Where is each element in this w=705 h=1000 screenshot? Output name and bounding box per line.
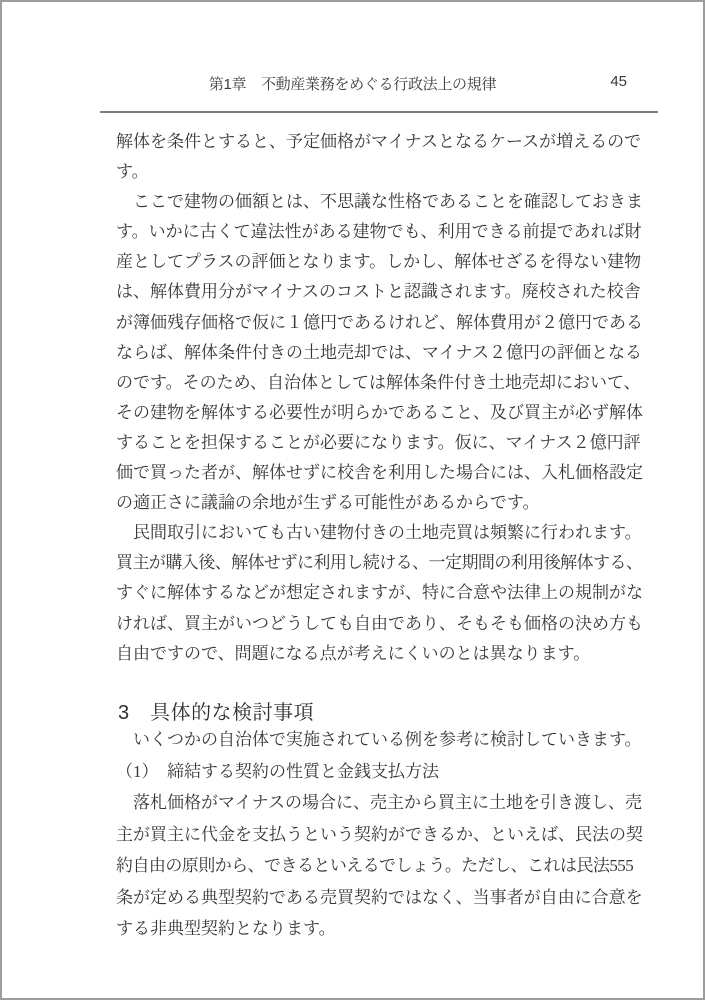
body-text-line: す。いかに古くて違法性がある建物でも、利用できる前提であれば財	[116, 217, 648, 247]
header-rule	[100, 111, 658, 113]
section-text-line: する非典型契約となります。	[116, 913, 648, 945]
body-text-block: 解体を条件とすると、予定価格がマイナスとなるケースが増えるので す。 ここで建物…	[116, 127, 648, 669]
section-text-line: 落札価格がマイナスの場合に、売主から買主に土地を引き渡し、売	[116, 787, 648, 819]
body-text-line: 解体を条件とすると、予定価格がマイナスとなるケースが増えるので	[116, 127, 648, 157]
body-text-line: 自由ですので、問題になる点が考えにくいのとは異なります。	[116, 639, 648, 669]
body-text-line: す。	[116, 157, 648, 187]
section-text-line: 条が定める典型契約である売買契約ではなく、当事者が自由に合意を	[116, 882, 648, 914]
body-text-line: が簿価残存価格で仮に１億円であるけれど、解体費用が２億円である	[116, 308, 648, 338]
body-text-line: すぐに解体するなどが想定されますが、特に合意や法律上の規制がな	[116, 578, 648, 608]
body-text-line: の適正さに議論の余地が生ずる可能性があるからです。	[116, 488, 648, 518]
body-text-line: 民間取引においても古い建物付きの土地売買は頻繁に行われます。	[116, 518, 648, 548]
chapter-title: 第1章 不動産業務をめぐる行政法上の規律	[2, 73, 703, 94]
body-text-line: は、解体費用分がマイナスのコストと認識されます。廃校された校舎	[116, 277, 648, 307]
section-text-line: 主が買主に代金を支払うという契約ができるか、といえば、民法の契	[116, 819, 648, 851]
body-text-line: することを担保することが必要になります。仮に、マイナス２億円評	[116, 428, 648, 458]
body-text-line: ここで建物の価額とは、不思議な性格であることを確認しておきま	[116, 187, 648, 217]
body-text-line: 産としてプラスの評価となります。しかし、解体せざるを得ない建物	[116, 247, 648, 277]
section-text-line: 約自由の原則から、できるといえるでしょう。ただし、これは民法555	[116, 850, 648, 882]
section-heading: 3 具体的な検討事項	[118, 696, 314, 725]
section-text-line: いくつかの自治体で実施されている例を参考に検討していきます。	[116, 724, 648, 756]
body-text-line: ならば、解体条件付きの土地売却では、マイナス２億円の評価となる	[116, 338, 648, 368]
body-text-line: のです。そのため、自治体としては解体条件付き土地売却において、	[116, 368, 648, 398]
section-subheading: （1） 締結する契約の性質と金銭支払方法	[116, 756, 648, 788]
body-text-line: その建物を解体する必要性が明らかであること、及び買主が必ず解体	[116, 398, 648, 428]
page-number: 45	[610, 73, 627, 90]
section-text-block: いくつかの自治体で実施されている例を参考に検討していきます。 （1） 締結する契…	[116, 724, 648, 945]
body-text-line: 価で買った者が、解体せずに校舎を利用した場合には、入札価格設定	[116, 458, 648, 488]
body-text-line: ければ、買主がいつどうしても自由であり、そもそも価格の決め方も	[116, 609, 648, 639]
body-text-line: 買主が購入後、解体せずに利用し続ける、一定期間の利用後解体する、	[116, 548, 648, 578]
running-header: 第1章 不動産業務をめぐる行政法上の規律 45	[2, 73, 703, 95]
book-page: 第1章 不動産業務をめぐる行政法上の規律 45 解体を条件とすると、予定価格がマ…	[0, 0, 705, 1000]
